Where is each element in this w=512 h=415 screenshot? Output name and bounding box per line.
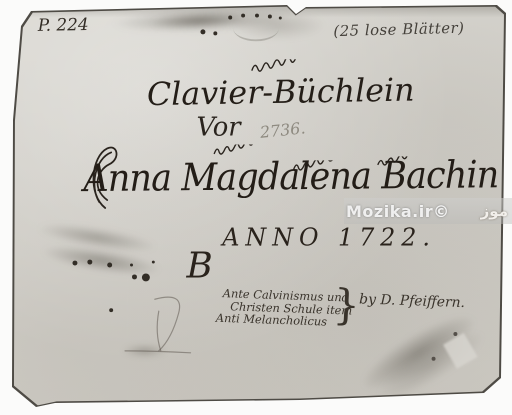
annotation-brace: } <box>332 280 361 330</box>
watermark-latin-text: Mozika.ir© <box>346 202 450 221</box>
owner-name: Anna Magdalena Bachin <box>83 153 498 201</box>
watermark-farsi-text: موز <box>481 202 508 220</box>
initial-letter: B <box>187 246 213 287</box>
ink-dot <box>432 357 436 361</box>
manuscript-title: Clavier-Büchlein <box>147 71 415 113</box>
paper-bottom-shading <box>2 403 510 413</box>
ink-dot <box>279 17 282 20</box>
watermark: Mozika.ir© موز <box>344 198 512 224</box>
ink-dot <box>130 264 133 267</box>
ink-dot <box>142 273 150 281</box>
ink-dot <box>87 260 92 265</box>
paper-left-shading <box>2 2 14 414</box>
ink-dot <box>200 29 205 34</box>
title-preposition: Vor <box>196 113 240 143</box>
loose-leaves-note: (25 lose Blätter) <box>333 19 464 40</box>
ink-dot <box>268 15 272 19</box>
ink-dot <box>228 16 232 20</box>
ink-dot <box>255 14 259 18</box>
ink-dot <box>132 274 137 279</box>
ink-dot <box>152 261 155 264</box>
manuscript-photo: P. 224 (25 lose Blätter) Clavier-Büchlei… <box>0 0 512 415</box>
pencil-scribble-icon <box>119 293 198 368</box>
ink-dot <box>109 308 113 312</box>
ink-dot <box>107 263 112 268</box>
year-inscription: ANNO 1722. <box>222 224 436 252</box>
flourish-icon <box>250 59 302 73</box>
pencil-arc-mark <box>233 16 279 42</box>
ink-dot <box>241 14 245 18</box>
page-number: P. 224 <box>38 15 89 36</box>
ink-dot <box>72 261 77 266</box>
annotation-attribution: by D. Pfeiffern. <box>359 291 465 311</box>
ink-dot <box>213 31 217 35</box>
ink-dot <box>453 332 457 336</box>
catalog-number: 2736. <box>259 118 306 141</box>
